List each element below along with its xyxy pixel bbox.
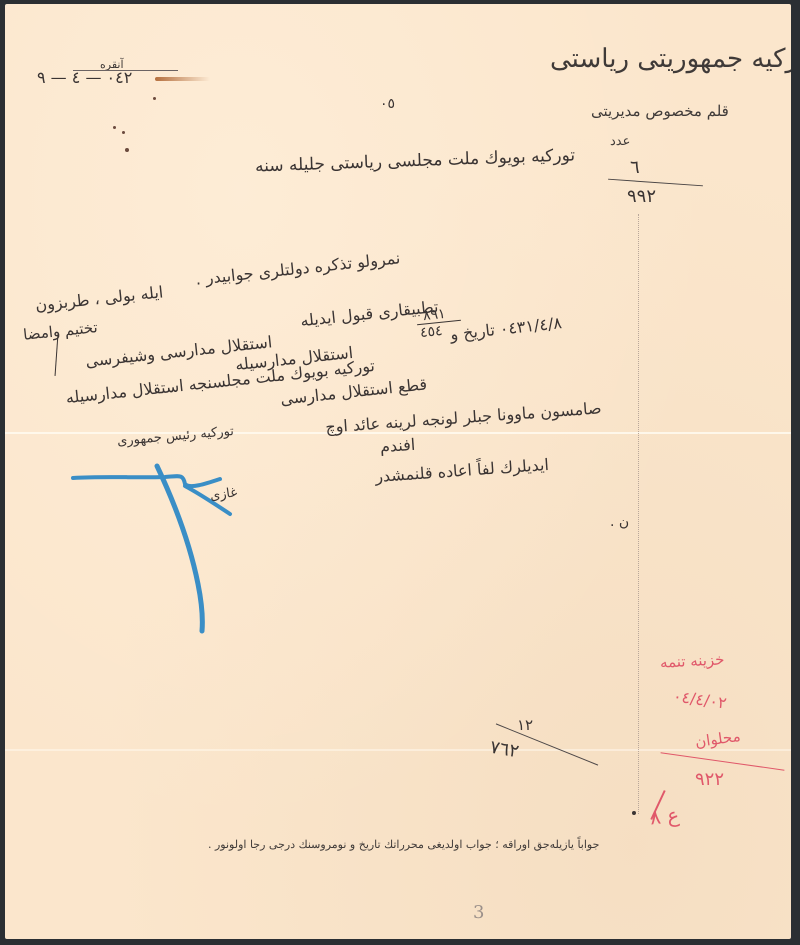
letter-date: ٢٤٠ — ٤ — ٩: [37, 68, 132, 87]
red-annotation-line: [661, 752, 785, 770]
ink-dot: [632, 811, 636, 815]
document-number-bottom: ٢٩٩: [627, 186, 656, 207]
number-label: عدد: [610, 134, 630, 149]
body-line-3c: تختيم وامضا: [22, 318, 98, 344]
margin-guide-line: [638, 214, 639, 814]
reference-fraction-bottom: ٤٥٤: [419, 323, 443, 341]
red-annotation-date: ٢٠/٤/٤٠: [672, 686, 728, 712]
body-line-2-text: ايله بولی ، طربزون: [34, 282, 164, 314]
page-number: 3: [473, 902, 484, 923]
body-line-2: ايله بولی ، طربزون: [34, 282, 164, 314]
red-annotation-3: محلوان: [694, 727, 742, 751]
reference-mark: ٥٠: [380, 96, 395, 112]
red-annotation-number: ٢٢٩: [695, 769, 724, 790]
body-line-7: صامسون ماوونا جبلر لونجه لرينه عائد اوچ: [325, 398, 602, 436]
body-line-1: نمرولو تذكره دولتلری جوابيدر .: [195, 248, 402, 288]
blue-pencil-signature: [65, 444, 265, 644]
body-line-2-date: ٨/٤/١٣٤٠ تاريخ و: [449, 313, 562, 344]
paper-speck: [125, 148, 129, 152]
document-frame: توركيه جمهوريتی رياستی قلم مخصوص مديريتی…: [0, 0, 800, 945]
archive-number-bottom: ٢٦٧: [488, 737, 520, 763]
paper-speck: [122, 131, 125, 134]
signature-initial: ن .: [610, 514, 629, 530]
paper-stain: [155, 77, 210, 81]
red-annotation-1: خزينه تنمه: [660, 650, 725, 671]
red-annotation-5: ع ٨: [649, 803, 680, 830]
paper-fold: [5, 749, 791, 751]
paper-speck: [113, 126, 116, 129]
body-line-9: ايديلرك لفاً اعاده قلنمشدر: [375, 455, 550, 486]
letter-paper: توركيه جمهوريتی رياستی قلم مخصوص مديريتی…: [5, 4, 791, 939]
document-number-top: ٦: [630, 157, 640, 178]
footer-note: جواباً يازيله‌جق اوراقه ؛ جواب اولديغی م…: [208, 838, 599, 851]
archive-number-top: ٢١: [517, 716, 533, 734]
letterhead-subtitle: قلم مخصوص مديريتی: [591, 102, 729, 120]
body-line-8: افندم: [379, 435, 415, 456]
addressee-line: توركيه بويوك ملت مجلسی رياستی جليله سنه: [255, 145, 576, 176]
letterhead-title: توركيه جمهوريتی رياستی: [550, 44, 791, 74]
paper-speck: [153, 97, 156, 100]
